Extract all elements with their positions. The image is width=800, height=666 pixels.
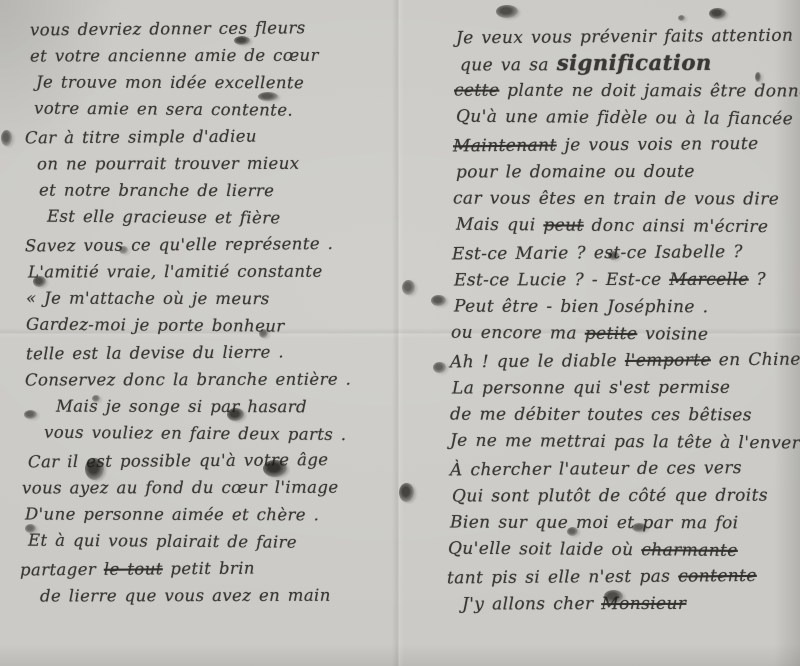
handwriting-text: Qu'à une amie fidèle ou à la fiancée bbox=[456, 107, 793, 130]
handwritten-line: cette plante ne doit jamais être donnée bbox=[454, 78, 794, 106]
struck-word: Maintenant bbox=[453, 136, 557, 157]
handwriting-text: « Je m'attache où je meurs bbox=[26, 289, 270, 309]
handwritten-line: À chercher l'auteur de ces vers bbox=[450, 455, 794, 485]
handwritten-line: Et à qui vous plairait de faire bbox=[28, 528, 385, 558]
handwritten-line: vous devriez donner ces fleurs bbox=[30, 15, 385, 45]
handwritten-line: Car il est possible qu'à votre âge bbox=[28, 447, 385, 477]
handwriting-text: et votre ancienne amie de cœur bbox=[30, 46, 319, 66]
handwriting-text: Car il est possible qu'à votre âge bbox=[28, 450, 329, 471]
handwriting-text: À chercher l'auteur de ces vers bbox=[450, 458, 742, 480]
handwriting-text: Bien sur que moi et par ma foi bbox=[450, 513, 739, 534]
handwritten-line: votre amie en sera contente. bbox=[34, 96, 385, 126]
handwritten-line: D'une personne aimée et chère . bbox=[25, 502, 385, 530]
handwriting-text: en Chine bbox=[711, 350, 800, 371]
handwriting-text: Est elle gracieuse et fière bbox=[47, 207, 281, 228]
struck-word: charmante bbox=[641, 540, 738, 561]
handwriting-text: J'y allons cher bbox=[462, 594, 601, 614]
handwritten-line: J'y allons cher Monsieur bbox=[462, 591, 794, 619]
handwritten-line: Est elle gracieuse et fière bbox=[47, 204, 385, 234]
handwritten-line: Gardez-moi je porte bonheur bbox=[26, 312, 385, 342]
handwriting-text: tant pis si elle n'est pas bbox=[447, 567, 678, 589]
ink-blot bbox=[1, 130, 12, 146]
handwriting-text: Est-ce Marie ? est-ce Isabelle ? bbox=[452, 242, 743, 264]
handwritten-line: Car à titre simple d'adieu bbox=[25, 123, 385, 153]
handwriting-text: on ne pourrait trouver mieux bbox=[37, 154, 300, 174]
handwriting-text: Peut être - bien Joséphine . bbox=[454, 297, 708, 318]
struck-word: peut bbox=[543, 215, 583, 235]
handwritten-line: Ah ! que le diable l'emporte en Chine bbox=[450, 347, 794, 377]
handwritten-line: Qu'à une amie fidèle ou à la fiancée bbox=[456, 104, 794, 134]
ink-blot bbox=[496, 5, 518, 18]
handwriting-text: Je veux vous prévenir faits attention . bbox=[456, 26, 800, 49]
handwriting-text: voisine bbox=[637, 324, 708, 345]
struck-word: contente bbox=[678, 566, 757, 587]
handwritten-line: Qui sont plutôt de côté que droits bbox=[452, 483, 794, 511]
handwriting-text: La personne qui s'est permise bbox=[452, 378, 730, 399]
handwritten-line: car vous êtes en train de vous dire bbox=[453, 186, 794, 214]
handwritten-line: et votre ancienne amie de cœur bbox=[30, 43, 385, 71]
handwriting-text: Je ne me mettrai pas la tête à l'envers bbox=[450, 431, 800, 454]
handwriting-text: Savez vous ce qu'elle représente . bbox=[25, 234, 333, 255]
handwriting-text: signification bbox=[557, 51, 712, 76]
handwritten-line: « Je m'attache où je meurs bbox=[26, 286, 385, 314]
handwritten-line: Peut être - bien Joséphine . bbox=[454, 294, 794, 322]
handwritten-line: pour le domaine ou doute bbox=[456, 159, 794, 187]
handwritten-line: Maintenant je vous vois en route bbox=[453, 131, 794, 161]
handwritten-line: Mais je songe si par hasard bbox=[56, 394, 385, 422]
handwriting-text: Car à titre simple d'adieu bbox=[25, 127, 257, 148]
handwriting-text: Qui sont plutôt de côté que droits bbox=[452, 486, 768, 507]
handwriting-text: telle est la devise du lierre . bbox=[26, 342, 284, 363]
handwriting-text: de me débiter toutes ces bêtises bbox=[450, 405, 752, 426]
handwritten-line: Qu'elle soit laide où charmante bbox=[448, 536, 794, 566]
handwritten-line: vous vouliez en faire deux parts . bbox=[44, 420, 385, 450]
struck-word: l'emporte bbox=[625, 350, 711, 371]
handwritten-line: et notre branche de lierre bbox=[39, 178, 385, 206]
handwritten-line: Bien sur que moi et par ma foi bbox=[450, 510, 794, 538]
handwritten-line: Mais qui peut donc ainsi m'écrire bbox=[456, 212, 794, 242]
struck-word: Monsieur bbox=[601, 594, 686, 614]
handwritten-line: Je trouve mon idée excellente bbox=[36, 70, 385, 98]
handwriting-text: partager bbox=[20, 560, 104, 580]
handwritten-line: de me débiter toutes ces bêtises bbox=[450, 402, 794, 430]
handwriting-text: vous vouliez en faire deux parts . bbox=[44, 423, 347, 444]
ink-blot bbox=[399, 483, 414, 502]
struck-word: Marcelle bbox=[669, 270, 748, 290]
handwriting-text: Je trouve mon idée excellente bbox=[36, 73, 304, 93]
handwritten-line: Savez vous ce qu'elle représente . bbox=[25, 231, 385, 261]
handwriting-text: Qu'elle soit laide où bbox=[448, 539, 641, 561]
handwriting-text: L'amitié vraie, l'amitié constante bbox=[28, 262, 323, 282]
struck-word: petite bbox=[585, 324, 638, 344]
ink-blot bbox=[678, 15, 685, 21]
handwritten-line: partager le tout petit brin bbox=[20, 555, 385, 585]
handwriting-text: vous ayez au fond du cœur l'image bbox=[22, 478, 339, 498]
handwriting-text: ? bbox=[749, 270, 766, 290]
handwriting-text: Gardez-moi je porte bonheur bbox=[26, 315, 285, 336]
handwriting-text: petit brin bbox=[163, 559, 255, 579]
letter-sheet: vous devriez donner ces fleurset votre a… bbox=[0, 0, 800, 666]
handwriting-text: votre amie en sera contente. bbox=[34, 99, 293, 120]
paper-shading-bottom-edge bbox=[0, 644, 800, 666]
handwriting-text: de lierre que vous avez en main bbox=[40, 586, 331, 606]
handwriting-text: je vous vois en route bbox=[557, 134, 759, 156]
handwriting-text: pour le domaine ou doute bbox=[456, 162, 695, 183]
handwriting-text: donc ainsi m'écrire bbox=[584, 216, 769, 237]
handwriting-text: D'une personne aimée et chère . bbox=[25, 505, 319, 525]
struck-word: cette bbox=[454, 81, 499, 101]
handwritten-line: tant pis si elle n'est pas contente bbox=[447, 563, 794, 593]
handwritten-line: Est-ce Lucie ? - Est-ce Marcelle ? bbox=[454, 267, 794, 295]
handwriting-text: Et à qui vous plairait de faire bbox=[28, 531, 297, 552]
handwriting-text: Mais qui bbox=[456, 215, 544, 236]
handwritten-line: vous ayez au fond du cœur l'image bbox=[22, 475, 385, 503]
fold-crease-vertical bbox=[392, 0, 404, 666]
handwritten-line: Est-ce Marie ? est-ce Isabelle ? bbox=[452, 239, 794, 269]
handwritten-line: on ne pourrait trouver mieux bbox=[37, 151, 385, 179]
handwritten-line: ou encore ma petite voisine bbox=[451, 320, 794, 350]
handwritten-line: Conservez donc la branche entière . bbox=[25, 367, 385, 395]
handwritten-line: L'amitié vraie, l'amitié constante bbox=[28, 259, 385, 287]
handwriting-text: et notre branche de lierre bbox=[39, 181, 274, 201]
handwritten-line: que va sa signification bbox=[460, 51, 794, 79]
handwritten-line: La personne qui s'est permise bbox=[452, 375, 794, 403]
handwriting-text: plante ne doit jamais être donnée bbox=[499, 81, 800, 102]
handwriting-text: que va sa bbox=[460, 55, 557, 75]
handwriting-text: Mais je songe si par hasard bbox=[56, 397, 307, 417]
ink-blot bbox=[709, 8, 726, 19]
handwritten-line: telle est la devise du lierre . bbox=[26, 339, 385, 369]
struck-word: le tout bbox=[104, 559, 163, 578]
handwriting-text: Conservez donc la branche entière . bbox=[25, 370, 351, 390]
handwritten-line: de lierre que vous avez en main bbox=[40, 583, 385, 611]
handwriting-text: Ah ! que le diable bbox=[450, 351, 625, 372]
handwritten-line: Je veux vous prévenir faits attention . bbox=[456, 23, 794, 53]
ink-blot bbox=[402, 280, 415, 295]
handwritten-line: Je ne me mettrai pas la tête à l'envers bbox=[450, 428, 794, 458]
handwriting-text: car vous êtes en train de vous dire bbox=[453, 189, 779, 210]
handwriting-text: Est-ce Lucie ? - Est-ce bbox=[454, 270, 669, 291]
left-page-text: vous devriez donner ces fleurset votre a… bbox=[20, 16, 385, 610]
handwriting-text: vous devriez donner ces fleurs bbox=[30, 18, 306, 39]
handwriting-text: ou encore ma bbox=[451, 323, 585, 344]
right-page-text: Je veux vous prévenir faits attention .q… bbox=[442, 24, 794, 618]
